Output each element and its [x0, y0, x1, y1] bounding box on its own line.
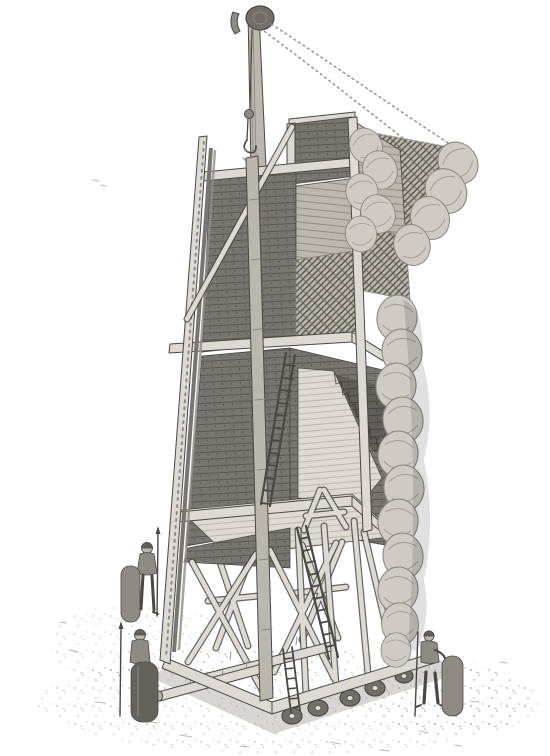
soldier-torso — [130, 640, 150, 665]
helmet-icon — [142, 543, 153, 549]
tackle-block — [245, 110, 254, 119]
siege-tower-illustration: Cutaway pencil illustration of a wheeled… — [0, 0, 550, 756]
wheel — [340, 690, 360, 706]
soldier-torso — [421, 641, 439, 664]
soldier-left-upper — [121, 526, 161, 622]
spear-shaft — [120, 628, 121, 716]
parapet-wall — [292, 117, 356, 184]
helmet-icon — [424, 631, 434, 636]
illustration-stage: Cutaway pencil illustration of a wheeled… — [0, 0, 550, 756]
wheel — [308, 700, 328, 716]
spear-head-icon — [156, 526, 161, 534]
tackle-rope — [247, 119, 248, 140]
soldier-torso — [137, 553, 157, 576]
pulley-wheel-icon — [246, 6, 274, 30]
pulley-bracket — [231, 12, 240, 34]
spear-shaft — [157, 533, 158, 616]
tall-shield — [121, 566, 140, 622]
siege-tower — [156, 112, 487, 724]
tall-shield — [131, 662, 158, 722]
tall-shield — [442, 656, 463, 716]
